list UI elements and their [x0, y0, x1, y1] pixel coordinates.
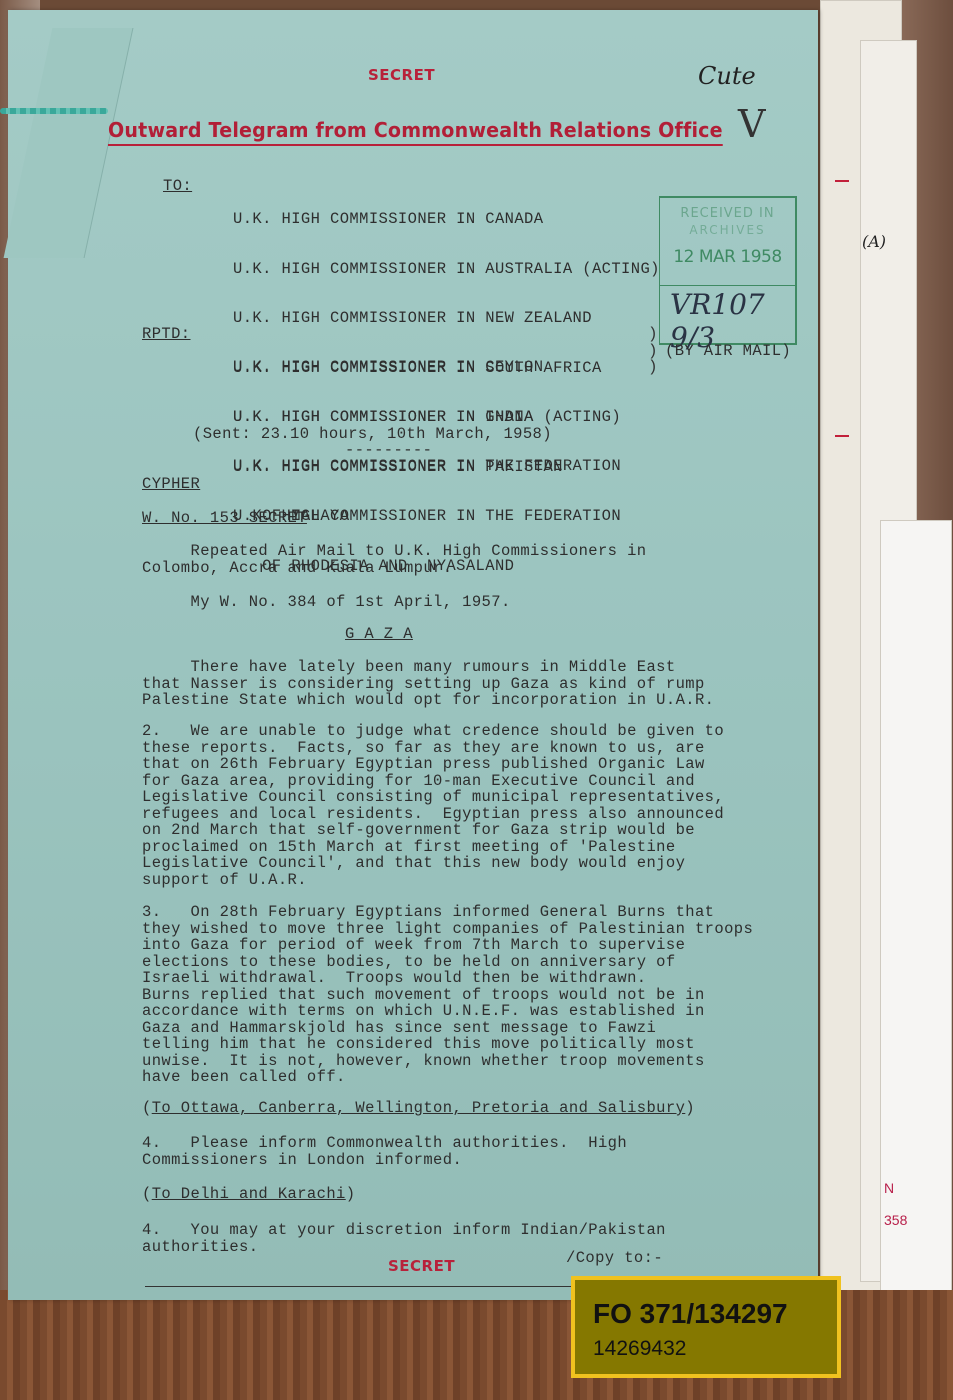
by-air-mail: (BY AIR MAIL): [665, 343, 791, 360]
to-label: TO:: [163, 178, 192, 195]
paragraph-1: There have lately been many rumours in M…: [142, 659, 714, 709]
addressee-text: To Delhi and Karachi: [152, 1185, 346, 1203]
archive-number: 14269432: [593, 1337, 686, 1361]
recipient: U.K. HIGH COMMISSIONER IN THE FEDERATION: [233, 458, 621, 475]
stamp-line: RECEIVED IN: [660, 206, 795, 221]
recipient: U.K. HIGH COMMISSIONER IN CEYLON: [233, 359, 621, 376]
recipient: U.K. HIGH COMMISSIONER IN NEW ZEALAND: [233, 310, 660, 327]
handwritten-check: V: [738, 102, 765, 146]
recipient: U.K. HIGH COMMISSIONER IN CANADA: [233, 211, 660, 228]
paragraph-4a: 4. Please inform Commonwealth authoritie…: [142, 1135, 627, 1168]
rptd-label: RPTD:: [142, 326, 191, 343]
tag-string: [0, 108, 108, 114]
handwritten-note: Cute: [698, 62, 756, 90]
cypher-label: CYPHER: [142, 476, 200, 493]
addressee-group-a: (To Ottawa, Canberra, Wellington, Pretor…: [142, 1100, 695, 1117]
bottom-rule: [145, 1286, 575, 1287]
previous-reference: My W. No. 384 of 1st April, 1957.: [142, 594, 511, 611]
archive-received-stamp: RECEIVED IN ARCHIVES 12 MAR 1958 VR107 9…: [659, 196, 797, 345]
recipient: U.K. HIGH COMMISSIONER IN GHANA: [233, 409, 621, 426]
bracket-marks: ))): [648, 326, 658, 376]
recipient: U.K. HIGH COMMISSIONER IN AUSTRALIA (ACT…: [233, 261, 660, 278]
telegram-page: SECRET Outward Telegram from Commonwealt…: [8, 10, 818, 1300]
stamp-divider: [660, 285, 795, 286]
side-red-mark: N: [884, 1180, 894, 1196]
red-margin-mark: [835, 180, 849, 182]
stamp-date: 12 MAR 1958: [660, 247, 795, 267]
paragraph-3: 3. On 28th February Egyptians informed G…: [142, 904, 753, 1086]
classification-bottom: SECRET: [388, 1257, 455, 1275]
side-handwritten-note: (A): [862, 232, 886, 251]
side-red-mark: 358: [884, 1212, 907, 1228]
classification-top: SECRET: [368, 66, 435, 84]
archive-reference: FO 371/134297: [593, 1298, 788, 1330]
repeated-note: Repeated Air Mail to U.K. High Commissio…: [142, 543, 646, 576]
telegram-heading: Outward Telegram from Commonwealth Relat…: [108, 118, 723, 146]
copy-to: /Copy to:-: [566, 1250, 663, 1267]
sent-rule: ---------: [345, 442, 432, 459]
paragraph-2: 2. We are unable to judge what credence …: [142, 723, 724, 888]
subject: G A Z A: [345, 626, 413, 643]
addressee-text: To Ottawa, Canberra, Wellington, Pretori…: [152, 1099, 686, 1117]
stamp-line: ARCHIVES: [660, 223, 795, 237]
telegram-reference: W. No. 153 SECRET: [142, 510, 307, 527]
red-margin-mark: [835, 435, 849, 437]
archive-reference-label: FO 371/134297 14269432: [571, 1276, 841, 1378]
addressee-group-b: (To Delhi and Karachi): [142, 1186, 355, 1203]
